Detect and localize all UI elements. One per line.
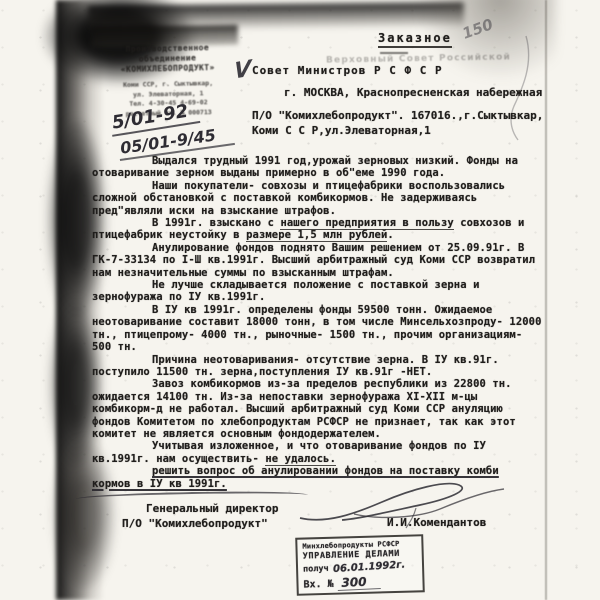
postal-label: Заказное — [378, 31, 452, 48]
paragraph: В IУ кв 1991г. определены фонды 59500 то… — [92, 304, 542, 354]
scan-edge-right — [545, 0, 547, 600]
paragraph-part: . — [387, 229, 393, 241]
stamp-incoming-number: 300 — [337, 574, 381, 591]
underlined-text: не удалось. — [265, 453, 336, 466]
letter-body: Выдался трудный 1991 год,урожай зерновых… — [92, 155, 542, 490]
underlined-text: размере 1,5 млн рублей — [246, 229, 387, 242]
paragraph-part: В 1991г. взыскано с — [152, 217, 280, 229]
stamp-received-date: 06.01.1992г. — [332, 559, 405, 575]
signature-icon — [296, 478, 511, 530]
signer-title-line2: П/О "Комихлебопродукт" — [122, 517, 268, 530]
handwritten-checkmark: V — [234, 56, 252, 85]
scanned-letter-page: Заказное Верховный Совет Российской 150 … — [0, 0, 600, 600]
recipient-line: Совет Министров Р С Ф С Р — [252, 64, 543, 77]
paragraph: Учитывая изложенное, и что отоваривание … — [92, 440, 542, 465]
paragraph: Выдался трудный 1991 год,урожай зерновых… — [92, 155, 542, 180]
paragraph: Причина неотоваривания- отсутствие зерна… — [92, 354, 542, 379]
paragraph: Не лучше складывается положение с постав… — [92, 279, 542, 304]
paragraph: Наши покупатели- совхозы и птицефабрики … — [92, 180, 542, 217]
sender-line: Коми С С Р,ул.Элеваторная,1 — [252, 124, 543, 137]
recipient-line: г. МОСКВА, Краснопресненская набережная — [284, 86, 543, 99]
stamp-incoming-number-label: Вх. № — [303, 579, 333, 591]
paragraph: Анулирование фондов поднято Вашим решени… — [92, 242, 542, 279]
paragraph: Завоз комбикормов из-за пределов республ… — [92, 378, 542, 440]
signer-title-line1: Генеральный директор — [146, 502, 278, 515]
paragraph: В 1991г. взыскано с нашего предприятия в… — [92, 217, 542, 242]
received-stamp: Минхлебопродукты РСФСР УПРАВЛЕНИЕ ДЕЛАМИ… — [295, 534, 425, 596]
recipient-address-block: Совет Министров Р С Ф С Р г. МОСКВА, Кра… — [252, 64, 543, 137]
stamp-received-label: получ — [303, 564, 329, 575]
sender-line: П/О "Комихлебопродукт". 167016.,г.Сыктыв… — [252, 109, 543, 122]
